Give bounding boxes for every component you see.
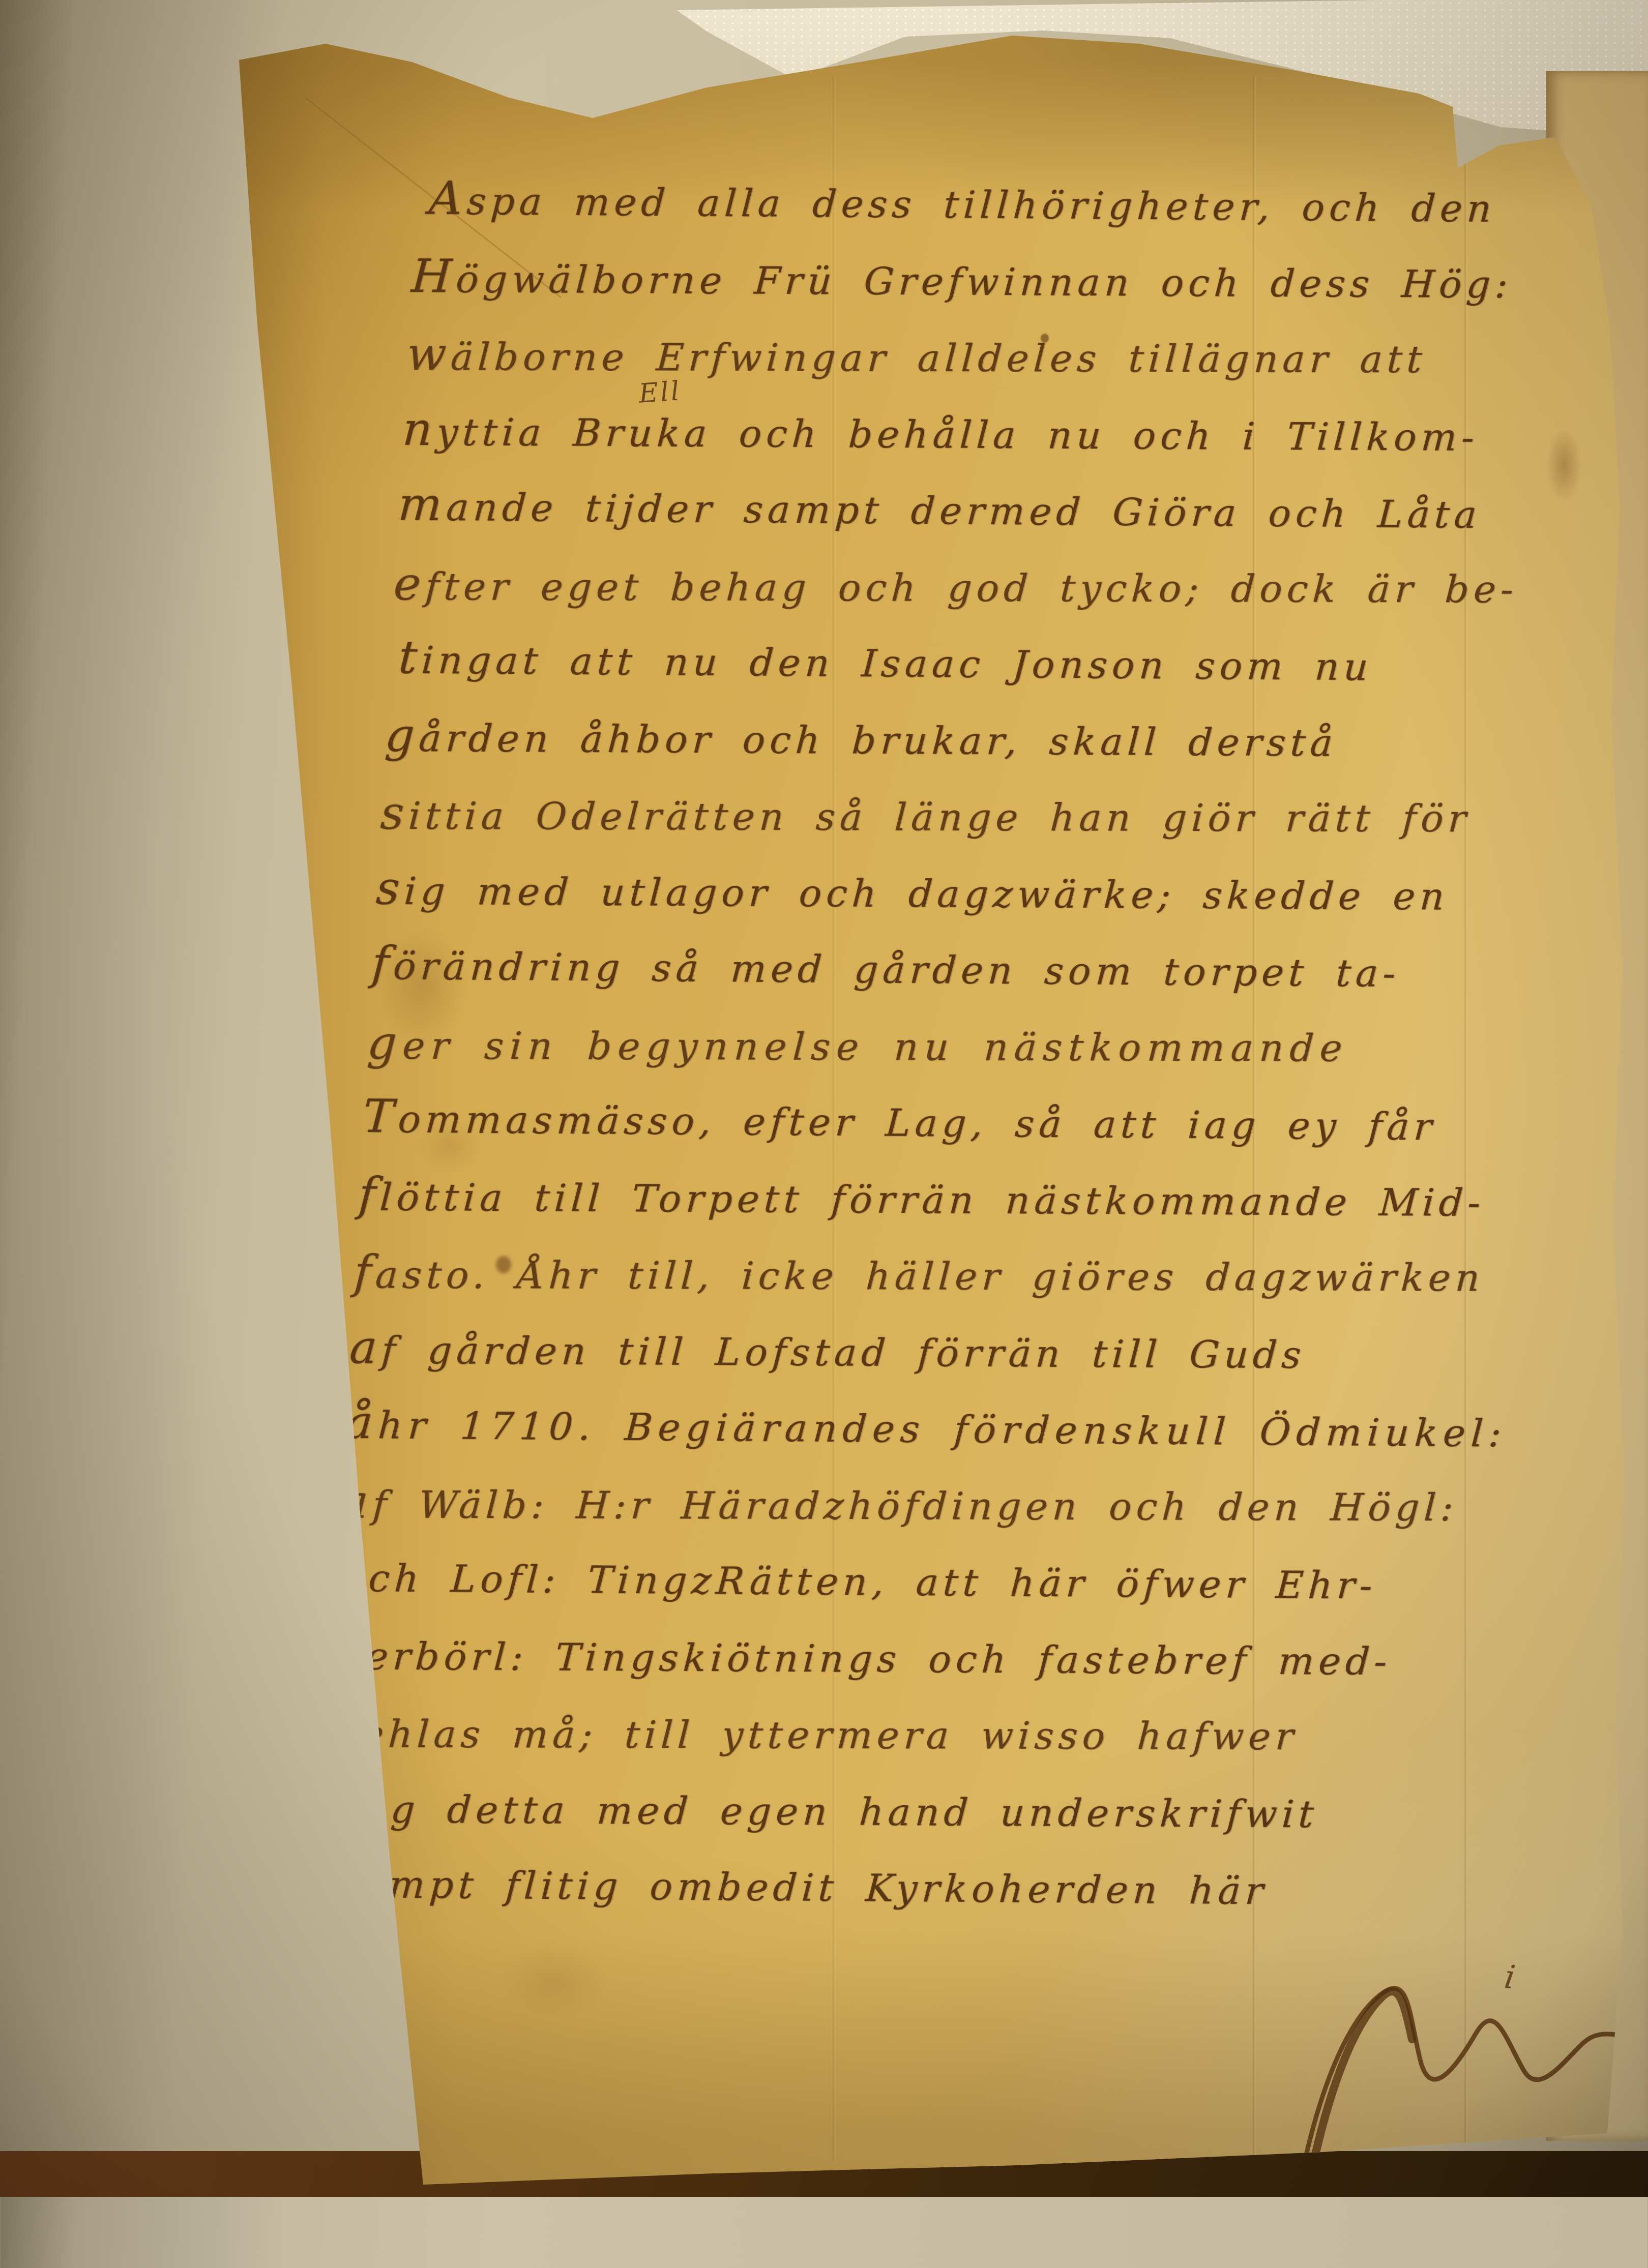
manuscript-line: gården åhbor och brukar, skall derstå bbox=[383, 697, 1608, 780]
manuscript-line: mande tijder sampt dermed Giöra och Låta bbox=[396, 466, 1622, 552]
manuscript-line: wälborne Erfwingar alldeles tillägnar at… bbox=[405, 316, 1630, 396]
manuscript-line: derbörl: Tingskiötnings och fastebref me… bbox=[330, 1616, 1555, 1698]
manuscript-line: sittia Odelrätten så länge han giör rätt… bbox=[378, 775, 1604, 855]
manuscript-line: Högwälborne Frü Grefwinnan och dess Hög: bbox=[409, 238, 1635, 321]
manuscript-line: fasto. Åhr till, icke häller giöres dagz… bbox=[352, 1235, 1577, 1315]
manuscript-line: och Lofl: TingzRätten, att här öfwer Ehr… bbox=[334, 1538, 1559, 1623]
manuscript-line: ger sin begynnelse nu nästkommande bbox=[365, 1005, 1591, 1085]
manuscript-line: af Wälb: H:r Häradzhöfdingen och den Hög… bbox=[339, 1464, 1564, 1544]
manuscript-line: flöttia till Torpett förrän nästkommande… bbox=[357, 1156, 1582, 1239]
manuscript-line: iag detta med egen hand underskrifwit bbox=[342, 1769, 1546, 1852]
interlinear-insertion: Ell bbox=[638, 376, 682, 409]
photo-stage: Aspa med alla dess tillhörigheter, och d… bbox=[0, 0, 1648, 2197]
manuscript-sheet: Aspa med alla dess tillhörigheter, och d… bbox=[0, 0, 1648, 2197]
manuscript-line: dehlas må; till yttermera wisso hafwer bbox=[326, 1693, 1551, 1773]
manuscript-text: Aspa med alla dess tillhörigheter, och d… bbox=[316, 162, 1638, 1928]
manuscript-line: sig med utlagor och dagzwärke; skedde en bbox=[374, 850, 1599, 933]
manuscript-line: Aspa med alla dess tillhörigheter, och d… bbox=[427, 161, 1639, 246]
manuscript-line: förändring så med gården som torpet ta- bbox=[370, 926, 1595, 1011]
stain bbox=[498, 1943, 610, 2019]
manuscript-line: sampt flitig ombedit Kyrkoherden här bbox=[332, 1844, 1542, 1929]
manuscript-line: Tommasmässo, efter Lag, så att iag ey få… bbox=[361, 1079, 1586, 1164]
manuscript-line: af gården till Lofstad förrän till Guds bbox=[347, 1309, 1573, 1392]
manuscript-line: efter eget behag och god tycko; dock är … bbox=[392, 546, 1617, 625]
manuscript-line: tingat att nu den Isaac Jonson som nu bbox=[396, 619, 1612, 705]
manuscript-line: åhr 1710. Begiärandes fördenskull Ödmiuk… bbox=[343, 1385, 1569, 1470]
manuscript-line: nyttia Bruka och behålla nu och i Tillko… bbox=[400, 391, 1626, 474]
